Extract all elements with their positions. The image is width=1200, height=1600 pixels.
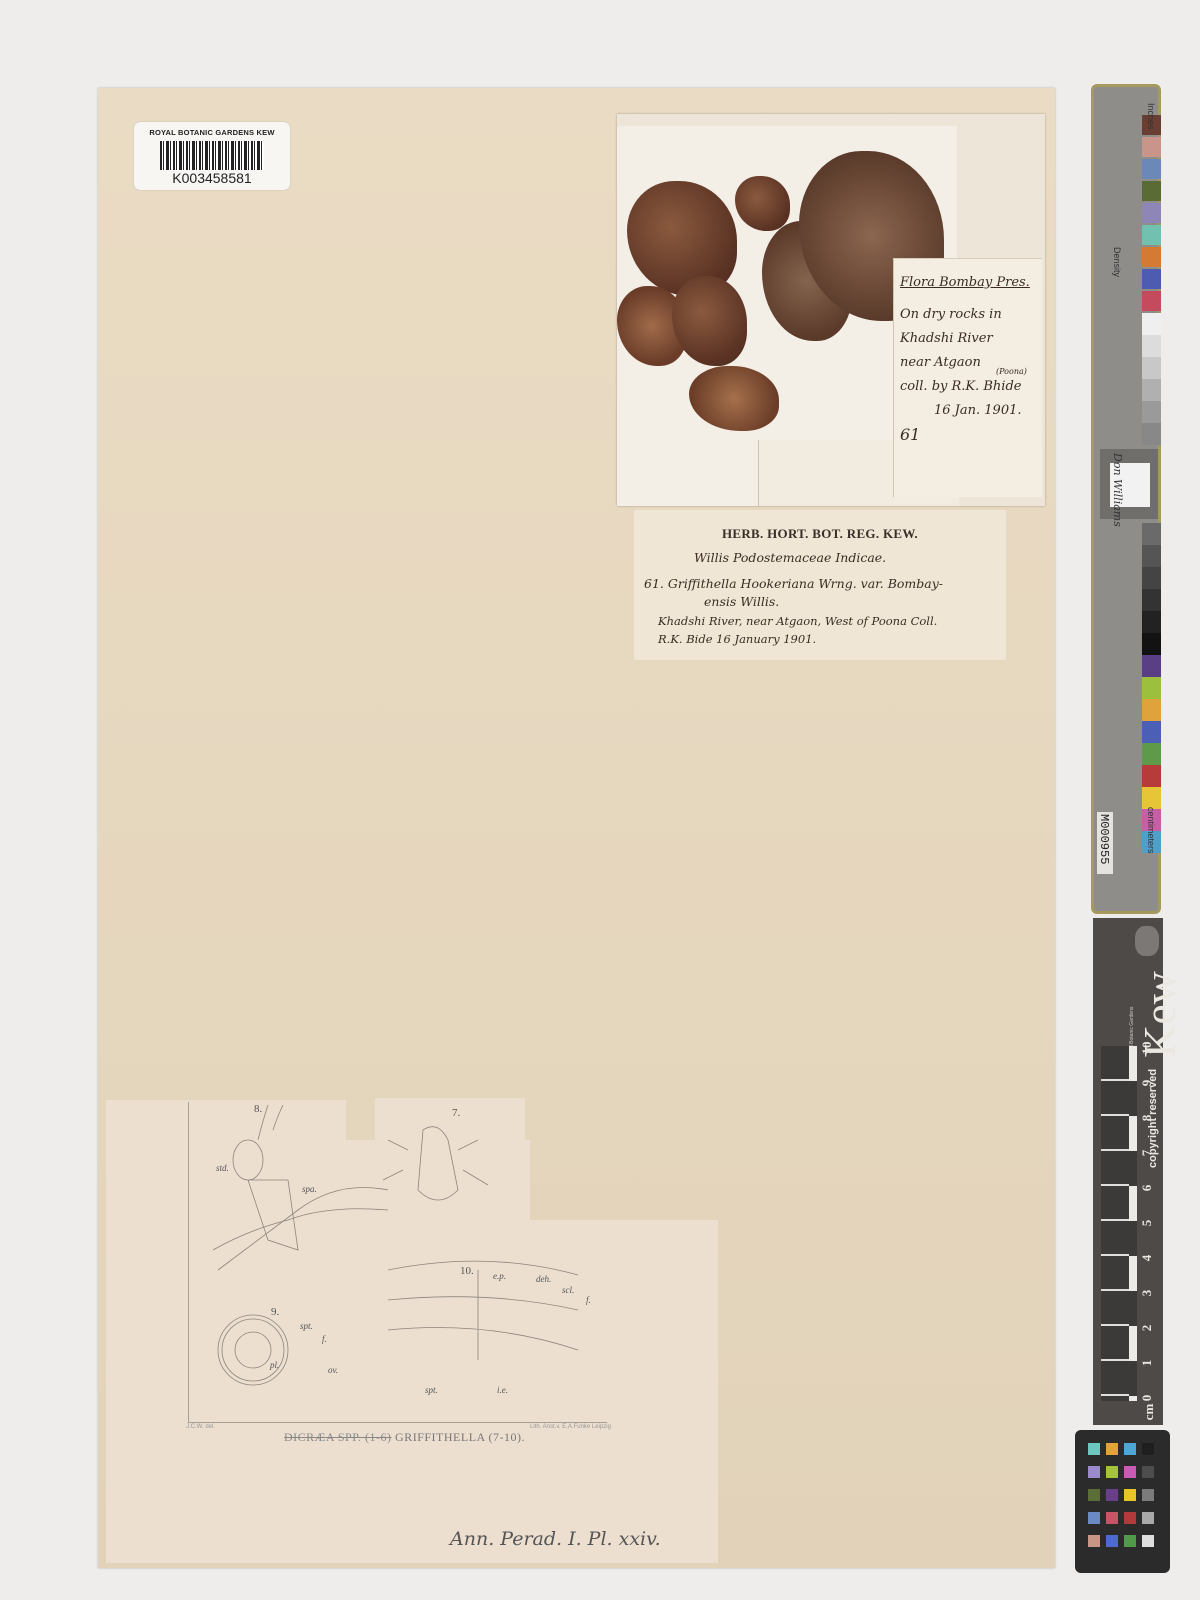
label-line: coll. by R.K. Bhide [900,379,1021,394]
target-block [1100,449,1158,519]
barcode-label: ROYAL BOTANIC GARDENS KEW K003458581 [134,122,290,190]
herbarium-header: HERB. HORT. BOT. REG. KEW. [634,526,1006,542]
checker-swatch [1106,1489,1118,1501]
label-line: R.K. Bide 16 January 1901. [658,632,816,646]
checker-swatch [1124,1489,1136,1501]
ruler-number: 8 [1139,1108,1155,1128]
label-line: near Atgaon [900,355,981,370]
ruler-blocks [1101,1046,1129,1401]
chart-id-label: M000955 [1097,812,1113,874]
label-line: 16 Jan. 1901. [934,403,1022,418]
label-line: 61. Griffithella Hookeriana Wrng. var. B… [644,576,943,591]
checker-swatch [1124,1443,1136,1455]
checker-swatch [1088,1535,1100,1547]
checker-swatch [1124,1466,1136,1478]
label-line: Flora Bombay Pres. [900,275,1030,290]
grey-swatch [1142,423,1161,445]
checker-swatch [1124,1512,1136,1524]
barcode-number: K003458581 [134,170,290,186]
specimen-fragment [672,276,747,366]
ruler-number: 2 [1139,1318,1155,1338]
color-swatch [1142,743,1161,765]
ruler-unit: cm [1141,1402,1157,1422]
grey-swatch [1142,357,1161,379]
plate-caption: DICRÆA SPP. (1-6) GRIFFITHELLA (7-10). [284,1430,525,1445]
color-swatch [1142,269,1161,289]
checker-swatch [1142,1443,1154,1455]
checker-swatch [1106,1512,1118,1524]
color-swatch [1142,655,1161,677]
genus-caption: GRIFFITHELLA (7-10). [395,1430,525,1444]
artist-credit: J.C.W. del. [186,1424,215,1430]
checker-swatch [1088,1512,1100,1524]
density-label: Density [1112,247,1122,277]
color-swatch [1142,699,1161,721]
grey-swatch [1142,523,1161,545]
institution-name: ROYAL BOTANIC GARDENS KEW [134,128,290,137]
grey-swatch [1142,611,1161,633]
checker-swatch [1142,1512,1154,1524]
color-swatch [1142,765,1161,787]
herbarium-label: HERB. HORT. BOT. REG. KEW. Willis Podost… [634,510,1006,660]
color-swatch [1142,181,1161,201]
ruler-number: 1 [1139,1353,1155,1373]
collection-number: 61 [900,425,920,444]
grey-swatch [1142,313,1161,335]
ruler-number: 3 [1139,1283,1155,1303]
checker-swatch [1142,1466,1154,1478]
kew-scale-bar: Kew Royal Botanic Gardens copyright rese… [1093,918,1163,1425]
color-checker-card [1075,1430,1170,1573]
ruler-ticks [1129,1046,1137,1401]
collector-label: Flora Bombay Pres. On dry rocks in Khads… [893,258,1042,497]
checker-swatch [1106,1535,1118,1547]
checker-swatch [1106,1443,1118,1455]
label-line: On dry rocks in [900,307,1002,322]
kew-crest-icon [1135,926,1159,956]
ruler-number: 7 [1139,1143,1155,1163]
ruler-number: 10 [1139,1038,1155,1058]
label-line: Khadshi River, near Atgaon, West of Poon… [658,614,937,628]
specimen-fragment [689,366,779,431]
grey-swatch [1142,633,1161,655]
signature: Don Williams [1111,453,1124,527]
checker-swatch [1088,1443,1100,1455]
ruler-number: 6 [1139,1178,1155,1198]
label-line: (Poona) [996,367,1027,376]
ruler-number: 4 [1139,1248,1155,1268]
color-swatch [1142,721,1161,743]
color-swatch [1142,203,1161,223]
printer-credit: Lith. Anst.v. E.A.Funke Leipzig [530,1424,611,1430]
label-line: Khadshi River [900,331,993,346]
chart-id: M000955 [1097,814,1111,864]
checker-swatch [1088,1489,1100,1501]
barcode-icon [160,141,264,170]
checker-swatch [1124,1535,1136,1547]
color-swatch [1142,225,1161,245]
centimeters-label: centimeters [1146,807,1156,854]
grey-swatch [1142,335,1161,357]
ruler-number: 5 [1139,1213,1155,1233]
plate-reference: Ann. Perad. I. Pl. xxiv. [450,1528,661,1550]
struck-caption: DICRÆA SPP. (1-6) [284,1430,392,1444]
grey-swatch [1142,379,1161,401]
checker-swatch [1106,1466,1118,1478]
color-swatch [1142,677,1161,699]
color-swatch [1142,291,1161,311]
label-line: ensis Willis. [704,594,779,609]
color-swatch [1142,137,1161,157]
ruler-number: 9 [1139,1073,1155,1093]
grey-swatch [1142,545,1161,567]
checker-swatch [1088,1466,1100,1478]
grey-swatch [1142,401,1161,423]
color-swatch [1142,787,1161,809]
specimen-fragment [735,176,790,231]
grey-swatch [1142,567,1161,589]
color-calibration-chart: Inches Density Don Williams centimeters [1091,84,1161,914]
checker-swatch [1142,1535,1154,1547]
inches-label: Inches [1146,103,1156,130]
checker-swatch [1142,1489,1154,1501]
plate-drawings [188,1100,608,1420]
label-line: Willis Podostemaceae Indicae. [694,550,886,565]
color-swatch [1142,159,1161,179]
grey-swatch [1142,589,1161,611]
color-swatch [1142,247,1161,267]
